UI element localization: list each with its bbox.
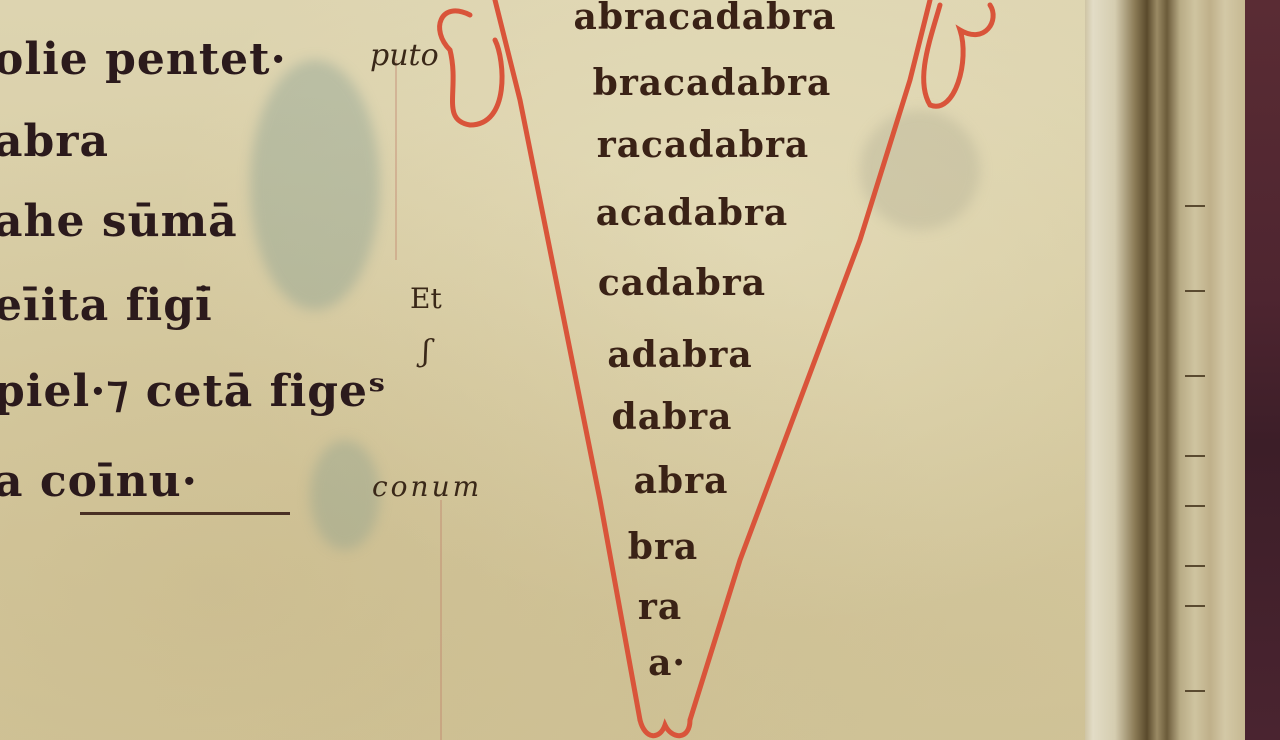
abracadabra-line: cadabra [598, 262, 766, 304]
page-edge-notch [1185, 565, 1205, 567]
book-cover [1245, 0, 1280, 740]
page-edges [1085, 0, 1245, 740]
page-edge-notch [1185, 205, 1205, 207]
red-triangle-frame [0, 0, 1085, 740]
page-edge-notch [1185, 605, 1205, 607]
page-edge-notch [1185, 690, 1205, 692]
abracadabra-line: abracadabra [574, 0, 837, 38]
page-edge-notch [1185, 455, 1205, 457]
page-edge-notch [1185, 505, 1205, 507]
abracadabra-line: dabra [612, 396, 733, 438]
abracadabra-line: adabra [607, 334, 752, 376]
abracadabra-line: ra [638, 586, 682, 628]
abracadabra-line: acadabra [596, 192, 789, 234]
abracadabra-line: bracadabra [593, 62, 832, 104]
abracadabra-line: bra [628, 526, 698, 568]
page-edge-notch [1185, 375, 1205, 377]
abracadabra-line: a· [648, 642, 686, 684]
abracadabra-line: racadabra [597, 124, 810, 166]
abracadabra-line: abra [634, 460, 729, 502]
page-edge-notch [1185, 290, 1205, 292]
